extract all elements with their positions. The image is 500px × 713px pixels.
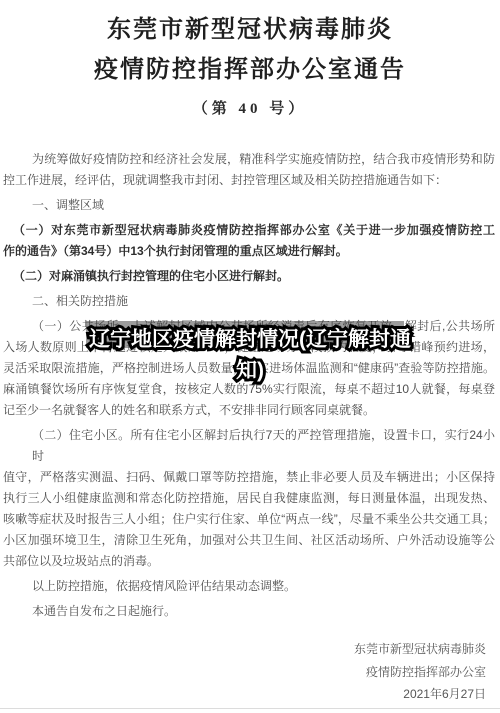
body-line: 共部位以及垃圾站点的消毒。 [3, 551, 495, 572]
document-title: 东莞市新型冠状病毒肺炎 疫情防控指挥部办公室通告 （第 40 号） [0, 10, 500, 120]
page: 东莞市新型冠状病毒肺炎 疫情防控指挥部办公室通告 （第 40 号） 为统筹做好疫… [0, 0, 500, 713]
body-line: 本通告自发布之日起施行。 [3, 601, 495, 622]
body-line: （一）对东莞市新型冠状病毒肺炎疫情防控指挥部办公室《关于进一步加强疫情防控工 [3, 220, 495, 241]
signature-org-line-2: 疫情防控指挥部办公室 [354, 661, 486, 684]
signature-date: 2021年6月27日 [354, 683, 486, 706]
overlay-title-line-1: 辽宁地区疫情解封情况(辽宁解封通 [89, 324, 411, 355]
body-line: 二、相关防控措施 [3, 291, 495, 312]
body-line: 咳嗽等症状及时报告三人小组；住户实行住家、单位“两点一线”，尽量不乘坐公共交通工… [3, 509, 495, 530]
signature-block: 东莞市新型冠状病毒肺炎 疫情防控指挥部办公室 2021年6月27日 [354, 638, 486, 706]
body-line: 一、调整区域 [3, 195, 495, 216]
body-line: 小区加强环境卫生，清除卫生死角，加强对公共卫生间、社区活动场所、户外活动设施等公 [3, 530, 495, 551]
body-line: 为统筹做好疫情防控和经济社会发展，精准科学实施疫情防控，结合我市疫情形势和防 [3, 149, 495, 170]
signature-org-line-1: 东莞市新型冠状病毒肺炎 [354, 638, 486, 661]
body-line: 控工作进展，经评估，现就调整我市封闭、封控管理区域及相关防控措施通告如下： [3, 170, 495, 191]
body-line: 记至少一名就餐客人的姓名和联系方式，不安排非同行顾客同桌就餐。 [3, 400, 495, 421]
body-line: 值守，严格落实测温、扫码、佩戴口罩等防控措施，禁止非必要人员及车辆进出；小区保持 [3, 467, 495, 488]
title-line-1: 东莞市新型冠状病毒肺炎 [0, 10, 500, 50]
body-line: 作的通告》（第34号）中13个执行封闭管理的重点区域进行解封。 [3, 241, 495, 262]
body-line: （二）对麻涌镇执行封控管理的住宅小区进行解封。 [3, 266, 495, 287]
title-line-2: 疫情防控指挥部办公室通告 [0, 50, 500, 90]
doc-number: （第 40 号） [0, 98, 500, 120]
bottom-divider [0, 708, 500, 709]
body-line: （二）住宅小区。所有住宅小区解封后执行7天的严控管理措施，设置卡口，实行24小时 [3, 425, 495, 467]
overlay-title-line-2: 知) [236, 355, 264, 386]
body-line: 以上防控措施，依据疫情风险评估结果动态调整。 [3, 576, 495, 597]
body-line: 执行三人小组健康监测和常态化防控措施，居民自我健康监测，每日测量体温，出现发热、 [3, 488, 495, 509]
overlay-title: 辽宁地区疫情解封情况(辽宁解封通 知) [70, 324, 430, 386]
